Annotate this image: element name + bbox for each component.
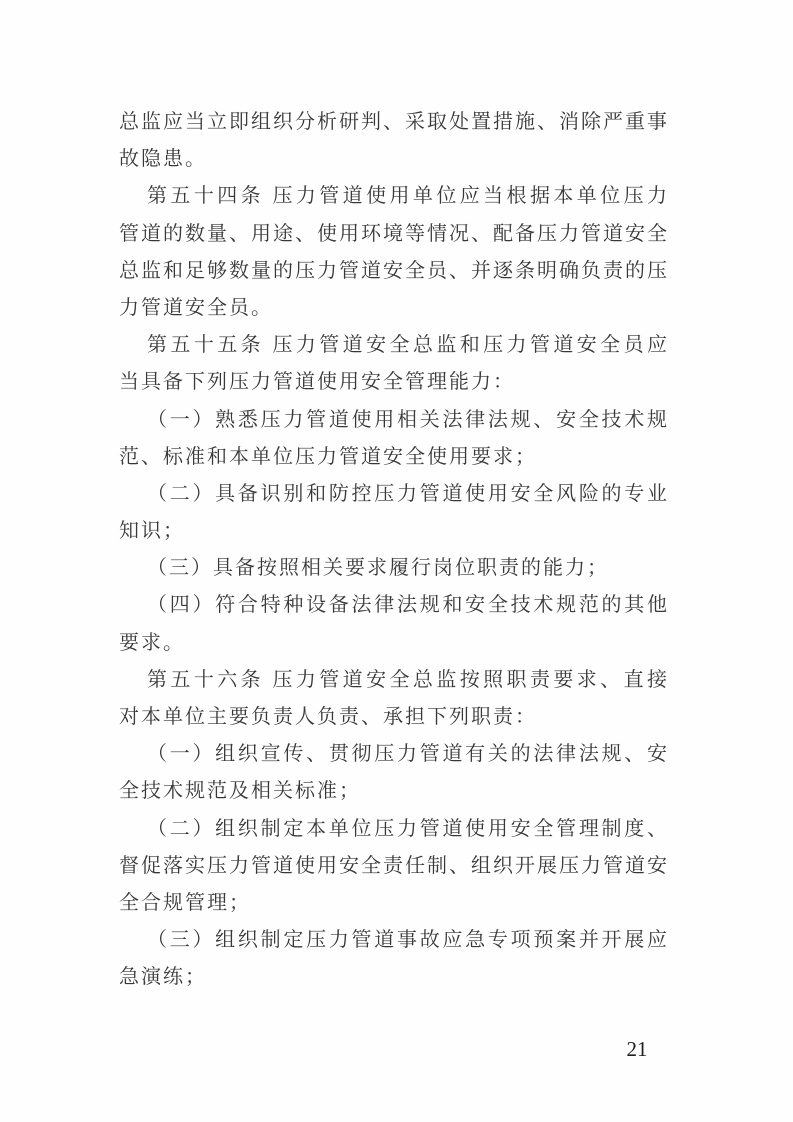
text-line: 管道的数量、用途、使用环境等情况、配备压力管道安全	[119, 216, 669, 253]
text-line: 要求。	[119, 625, 669, 662]
text-line: （二）组织制定本单位压力管道使用安全管理制度、	[119, 811, 669, 848]
text-line: （一）组织宣传、贯彻压力管道有关的法律法规、安	[119, 736, 669, 773]
text-line: （一）熟悉压力管道使用相关法律法规、安全技术规	[119, 402, 669, 439]
text-line: 第五十五条 压力管道安全总监和压力管道安全员应	[119, 327, 669, 364]
text-line: 当具备下列压力管道使用安全管理能力：	[119, 364, 669, 401]
text-line: 范、标准和本单位压力管道安全使用要求；	[119, 439, 669, 476]
text-line: 全技术规范及相关标准；	[119, 773, 669, 810]
text-line: 全合规管理；	[119, 885, 669, 922]
text-line: 急演练；	[119, 959, 669, 996]
text-line: 督促落实压力管道使用安全责任制、组织开展压力管道安	[119, 848, 669, 885]
text-line: 故隐患。	[119, 141, 669, 178]
text-line: 知识；	[119, 513, 669, 550]
text-line: 第五十六条 压力管道安全总监按照职责要求、直接	[119, 662, 669, 699]
text-line: （四）符合特种设备法律法规和安全技术规范的其他	[119, 587, 669, 624]
text-line: 力管道安全员。	[119, 290, 669, 327]
page-number: 21	[613, 1034, 661, 1064]
text-line: 总监应当立即组织分析研判、采取处置措施、消除严重事	[119, 104, 669, 141]
text-line: 第五十四条 压力管道使用单位应当根据本单位压力	[119, 178, 669, 215]
scanned-document-page: 总监应当立即组织分析研判、采取处置措施、消除严重事 故隐患。 第五十四条 压力管…	[0, 0, 793, 1122]
text-line: （三）具备按照相关要求履行岗位职责的能力；	[119, 550, 669, 587]
text-line: （三）组织制定压力管道事故应急专项预案并开展应	[119, 922, 669, 959]
document-body: 总监应当立即组织分析研判、采取处置措施、消除严重事 故隐患。 第五十四条 压力管…	[119, 104, 669, 997]
text-line: 总监和足够数量的压力管道安全员、并逐条明确负责的压	[119, 253, 669, 290]
text-line: （二）具备识别和防控压力管道使用安全风险的专业	[119, 476, 669, 513]
text-line: 对本单位主要负责人负责、承担下列职责：	[119, 699, 669, 736]
